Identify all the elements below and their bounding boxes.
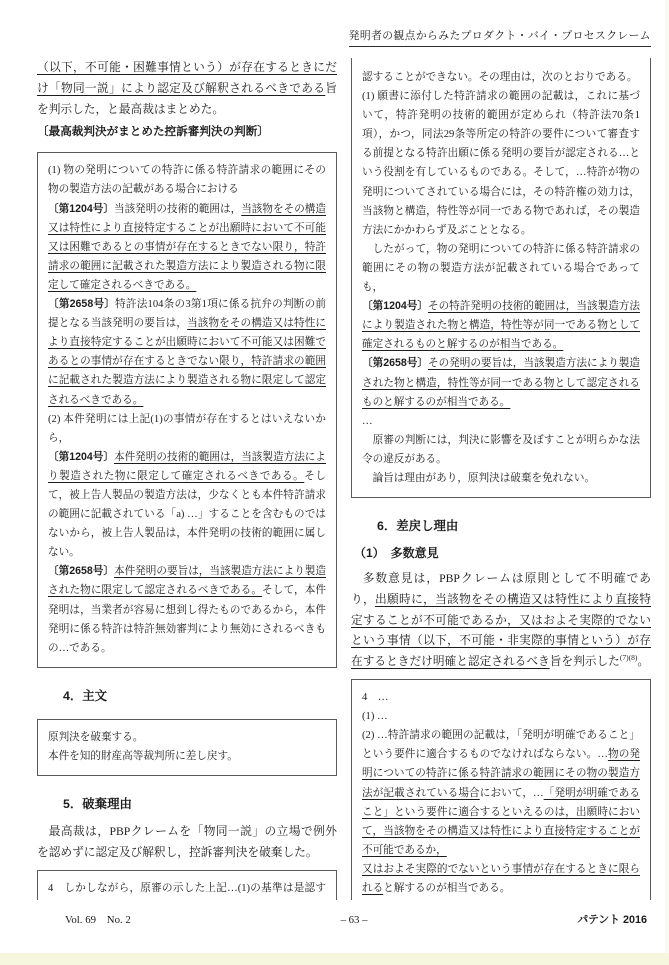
box-paragraph: (2) …特許請求の範囲の記載は，「発明が明確であること」という要件に適合するも… (362, 726, 640, 898)
text-segment: そして，被上告人製品の製造方法は，少なくとも本件特許請求の範囲に記載されている「… (48, 471, 326, 558)
box-paragraph: (2) 本件発明には上記(1)の事情が存在するとはいえないから， (48, 410, 326, 448)
text-segment: 当該物をその構造又は特性により直接特定することが出願時において不可能又は困難であ… (48, 204, 326, 291)
page-footer: Vol. 69 No. 2 – 63 – パテント 2016 (37, 912, 651, 927)
left-column: （以下，不可能・困難事情という）が存在するときにだけ「物同一説」により認定及び解… (37, 58, 337, 900)
right-column: 認することができない。その理由は，次のとおりである。(1) 願書に添付した特許請… (351, 58, 651, 900)
text-segment: 。 (637, 655, 649, 668)
box-paragraph: 原審の判断には，判決に影響を及ぼすことが明らかな法令の違反がある。 (362, 431, 640, 469)
body-paragraph: 多数意見は，PBPクレームは原則として不明確であり，出願時に，当該物をその構造又… (351, 569, 651, 673)
text-segment: （以下，不可能・困難事情という）が存在するときにだけ「物同一説」により認定及び解… (37, 61, 337, 95)
box-paragraph: 〔第2658号〕本件発明の要旨は，当該製造方法により製造された物に限定して認定さ… (48, 562, 326, 657)
box-paragraph: 本件を知的財産高等裁判所に差し戻す。 (48, 747, 326, 766)
quotation-box: 4 しかしながら，原審の示した上記…(1)の基準は是認することができず，…それを… (37, 870, 337, 900)
box-paragraph: …そして，本判決の示すところに従い，本件発明の技術的 (362, 898, 640, 900)
box-paragraph: 〔第1204号〕その特許発明の技術的範囲は，当該製造方法により製造された物と構造… (362, 297, 640, 354)
text-segment: (2) 本件発明には上記(1)の事情が存在するとはいえないから， (48, 414, 326, 444)
quotation-box: 4 …(1) …(2) …特許請求の範囲の記載は，「発明が明確であること」という… (351, 679, 651, 900)
box-paragraph: 〔第2658号〕その発明の要旨は，当該製造方法により製造された物と構造，特性等が… (362, 354, 640, 411)
case-number-label: 〔第1204号〕 (48, 451, 114, 463)
text-segment: において，… (480, 788, 544, 799)
text-segment: 当該物をその構造又は特性により直接特定することが出願時において不可能又は困難であ… (48, 318, 326, 405)
page-body: （以下，不可能・困難事情という）が存在するときにだけ「物同一説」により認定及び解… (37, 58, 651, 900)
text-segment: 本件を知的財産高等裁判所に差し戻す。 (48, 751, 238, 762)
text-segment: 原判決を破棄する。 (48, 732, 143, 743)
body-paragraph: 最高裁は，PBPクレームを「物同一説」の立場で例外を認めずに認定及び解釈し，控訴… (37, 822, 337, 864)
box-paragraph: 認することができない。その理由は，次のとおりである。 (362, 68, 640, 87)
text-segment: したがって，物の発明についての特許に係る特許請求の範囲にその物の製造方法が記載さ… (362, 244, 640, 293)
text-segment: 最高裁は，PBPクレームを「物同一説」の立場で例外を認めずに認定及び解釈し，控訴… (37, 825, 337, 859)
case-number-label: 〔第2658号〕 (48, 298, 115, 310)
section-heading: 6．差戻し理由 (351, 517, 651, 535)
box-paragraph: したがって，物の発明についての特許に係る特許請求の範囲にその物の製造方法が記載さ… (362, 240, 640, 297)
box-paragraph: 〔第1204号〕当該発明の技術的範囲は，当該物をその構造又は特性により直接特定す… (48, 200, 326, 295)
text-segment: 4 しかしながら，原審の示した上記…(1)の基準は是認することができず，…それを… (48, 883, 326, 900)
box-paragraph: 〔第1204号〕本件発明の技術的範囲は，当該製造方法により製造された物に限定して… (48, 448, 326, 563)
case-number-label: 〔第1204号〕 (48, 203, 114, 215)
page-edge-bottom (0, 953, 669, 965)
case-number-label: 〔第1204号〕 (362, 300, 428, 312)
text-segment: 4 … (362, 692, 388, 703)
box-paragraph: 4 しかしながら，原審の示した上記…(1)の基準は是認することができず，…それを… (48, 879, 326, 900)
box-paragraph: 4 … (362, 688, 640, 707)
footer-journal-name: パテント 2016 (577, 912, 651, 927)
running-title: 発明者の観点からみたプロダクト・バイ・プロセスクレーム (349, 28, 651, 47)
box-paragraph: 原判決を破棄する。 (48, 728, 326, 747)
section-subheading: （1） 多数意見 (351, 545, 651, 562)
text-segment: 認することができない。その理由は，次のとおりである。 (362, 72, 637, 83)
case-number-label: 〔第2658号〕 (48, 565, 114, 577)
box-paragraph: (1) … (362, 707, 640, 726)
text-segment: 当該発明の技術的範囲は， (114, 204, 241, 215)
bracket-heading: 〔最高裁判決がまとめた控訴審判決の判断〕 (37, 122, 337, 142)
case-number-label: 〔第2658号〕 (362, 357, 428, 369)
page-header: 発明者の観点からみたプロダクト・バイ・プロセスクレーム (37, 26, 651, 47)
quotation-box: 原判決を破棄する。本件を知的財産高等裁判所に差し戻す。 (37, 719, 337, 776)
section-heading: 5．破棄理由 (37, 795, 337, 813)
footer-page-number: – 63 – (341, 914, 368, 926)
quotation-box: (1) 物の発明についての特許に係る特許請求の範囲にその物の製造方法の記載がある… (37, 152, 337, 667)
footnote-reference: (7)(8) (620, 653, 638, 662)
quotation-box: 認することができない。その理由は，次のとおりである。(1) 願書に添付した特許請… (351, 58, 651, 498)
text-segment: … (362, 416, 373, 427)
section-heading: 4．主文 (37, 687, 337, 705)
text-segment: (1) 願書に添付した特許請求の範囲の記載は，これに基づいて，特許発明の技術的範… (362, 91, 640, 236)
text-segment: (2) …特許請求の範囲の記載は，「発明が明確であること」という要件に適合するも… (362, 730, 640, 760)
box-paragraph: (1) 物の発明についての特許に係る特許請求の範囲にその物の製造方法の記載がある… (48, 161, 326, 199)
text-segment: 論旨は理由があり，原判決は破棄を免れない。 (373, 473, 595, 484)
box-paragraph: 論旨は理由があり，原判決は破棄を免れない。 (362, 469, 640, 488)
text-segment: と解するのが相当である。 (383, 883, 510, 894)
footer-volume: Vol. 69 No. 2 (37, 912, 131, 927)
text-segment: (1) … (362, 711, 388, 722)
text-segment: (1) 物の発明についての特許に係る特許請求の範囲にその物の製造方法の記載がある… (48, 165, 326, 195)
box-paragraph: 〔第2658号〕特許法104条の3第1項に係る抗弁の判断の前提となる当該発明の要… (48, 295, 326, 410)
box-paragraph: (1) 願書に添付した特許請求の範囲の記載は，これに基づいて，特許発明の技術的範… (362, 87, 640, 240)
text-segment: 原審の判断には，判決に影響を及ぼすことが明らかな法令の違反がある。 (362, 435, 640, 465)
text-segment: 旨を判示した (550, 655, 620, 668)
body-paragraph: （以下，不可能・困難事情という）が存在するときにだけ「物同一説」により認定及び解… (37, 58, 337, 120)
page-edge-right (665, 0, 669, 965)
box-paragraph: … (362, 412, 640, 431)
